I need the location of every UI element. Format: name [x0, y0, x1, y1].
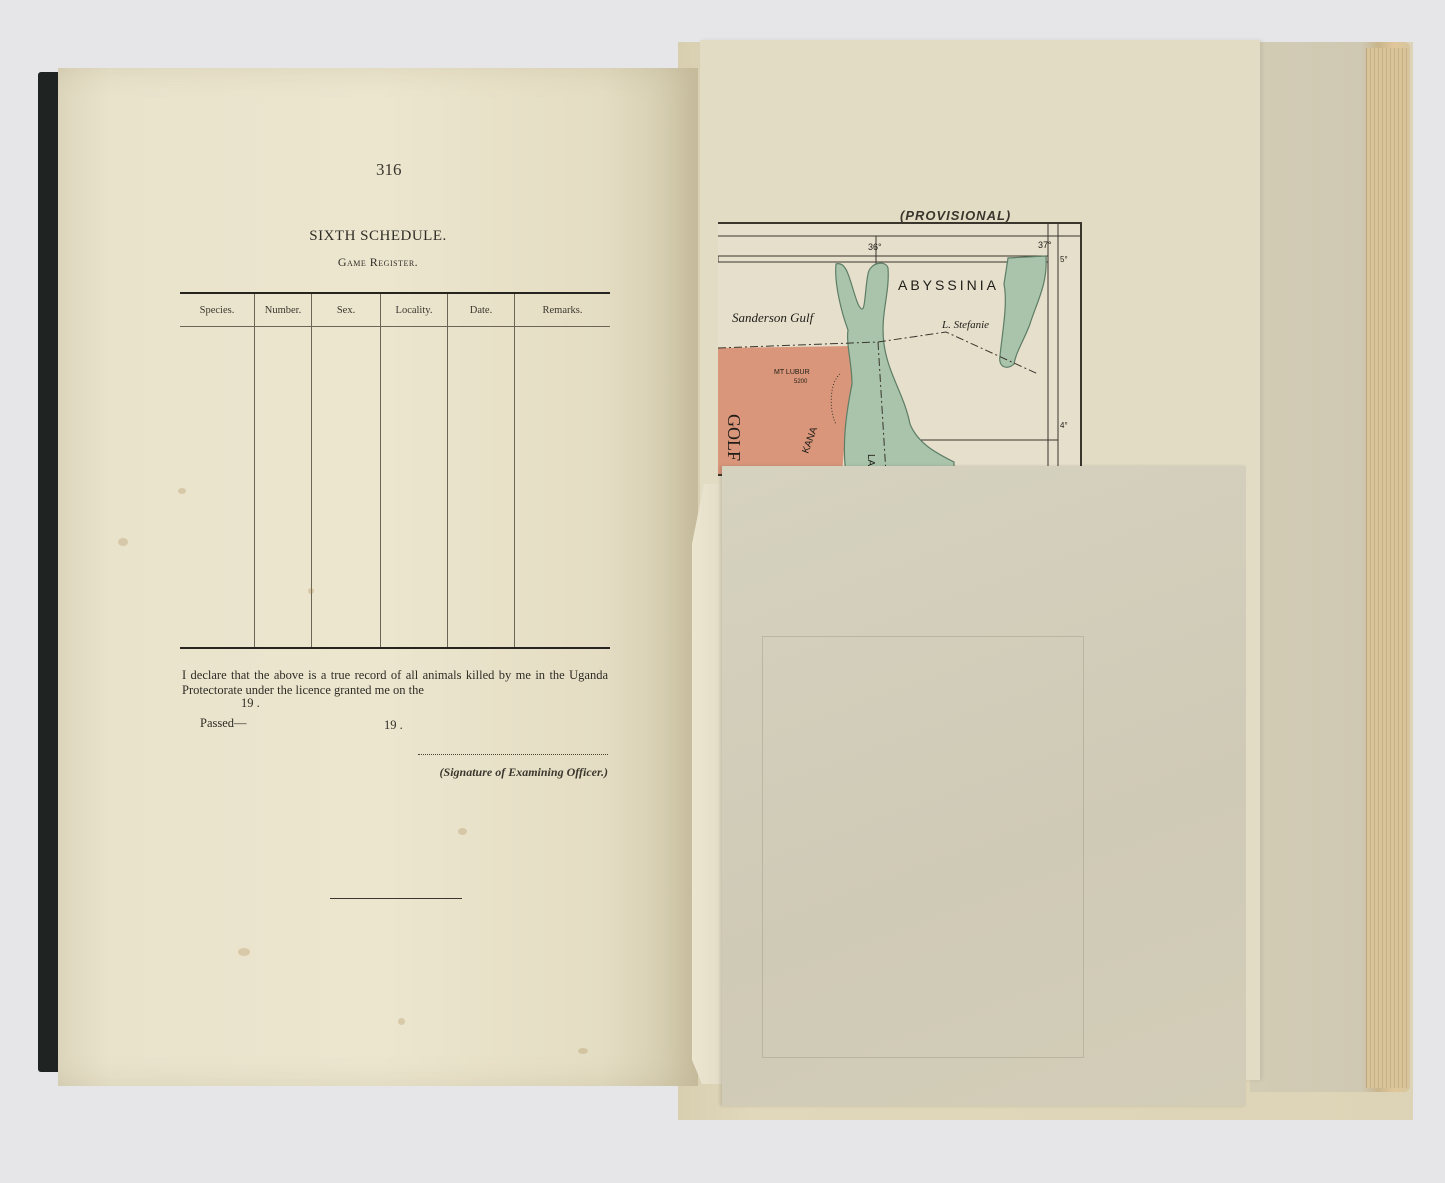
passed-label: Passed— — [200, 716, 247, 731]
column-locality: Locality. — [381, 293, 448, 327]
label-l-stefanie: L. Stefanie — [941, 319, 989, 331]
map-pocket[interactable] — [722, 466, 1246, 1106]
cell-sex — [312, 327, 381, 649]
column-date: Date. — [448, 293, 515, 327]
schedule-title: SIXTH SCHEDULE. — [58, 228, 698, 245]
label-golf: GOLF — [724, 414, 744, 461]
latitude-5: 5° — [1060, 255, 1068, 264]
foxing-spot — [578, 1048, 588, 1054]
left-page: 316 SIXTH SCHEDULE. Game Register. Speci… — [58, 68, 698, 1086]
passed-year: 19 . — [384, 718, 403, 733]
map-frame[interactable]: 36° 37° 5° 4° ABYSSINIA Sanderson Gulf L… — [718, 222, 1082, 476]
cell-species — [180, 327, 255, 649]
map-provisional-label: (PROVISIONAL) — [900, 208, 1011, 223]
foxing-spot — [238, 948, 250, 956]
page-stack-edge — [1366, 48, 1407, 1088]
foxing-spot — [458, 828, 467, 835]
end-rule — [330, 898, 462, 899]
cell-date — [448, 327, 515, 649]
column-sex: Sex. — [312, 293, 381, 327]
label-mt-lubur: MT LUBUR — [774, 369, 810, 376]
table-header-row: Species. Number. Sex. Locality. Date. Re… — [180, 293, 610, 327]
column-species: Species. — [180, 293, 255, 327]
declaration-year: 19 . — [241, 696, 260, 711]
country-abyssinia: ABYSSINIA — [898, 277, 999, 293]
longitude-37: 37° — [1038, 240, 1052, 250]
table-row — [180, 327, 610, 649]
foxing-spot — [178, 488, 186, 494]
declaration-text: I declare that the above is a true recor… — [182, 668, 608, 698]
foxing-spot — [118, 538, 128, 546]
register-subtitle: Game Register. — [58, 255, 698, 270]
foxing-spot — [308, 588, 314, 594]
signature-label: (Signature of Examining Officer.) — [398, 765, 608, 780]
column-number: Number. — [255, 293, 312, 327]
cell-number — [255, 327, 312, 649]
map-drawing: 36° 37° 5° 4° ABYSSINIA Sanderson Gulf L… — [718, 224, 1080, 474]
foxing-spot — [398, 1018, 405, 1025]
game-register-table: Species. Number. Sex. Locality. Date. Re… — [180, 292, 610, 649]
longitude-36: 36° — [868, 242, 882, 252]
show-through-map-outline — [762, 636, 1084, 1058]
latitude-4: 4° — [1060, 421, 1068, 430]
signature-line — [418, 754, 608, 755]
cell-locality — [381, 327, 448, 649]
page-number: 316 — [376, 160, 402, 180]
column-remarks: Remarks. — [515, 293, 611, 327]
label-sanderson-gulf: Sanderson Gulf — [732, 310, 816, 325]
label-mt-lubur-height: 5200 — [794, 379, 808, 385]
cell-remarks — [515, 327, 611, 649]
